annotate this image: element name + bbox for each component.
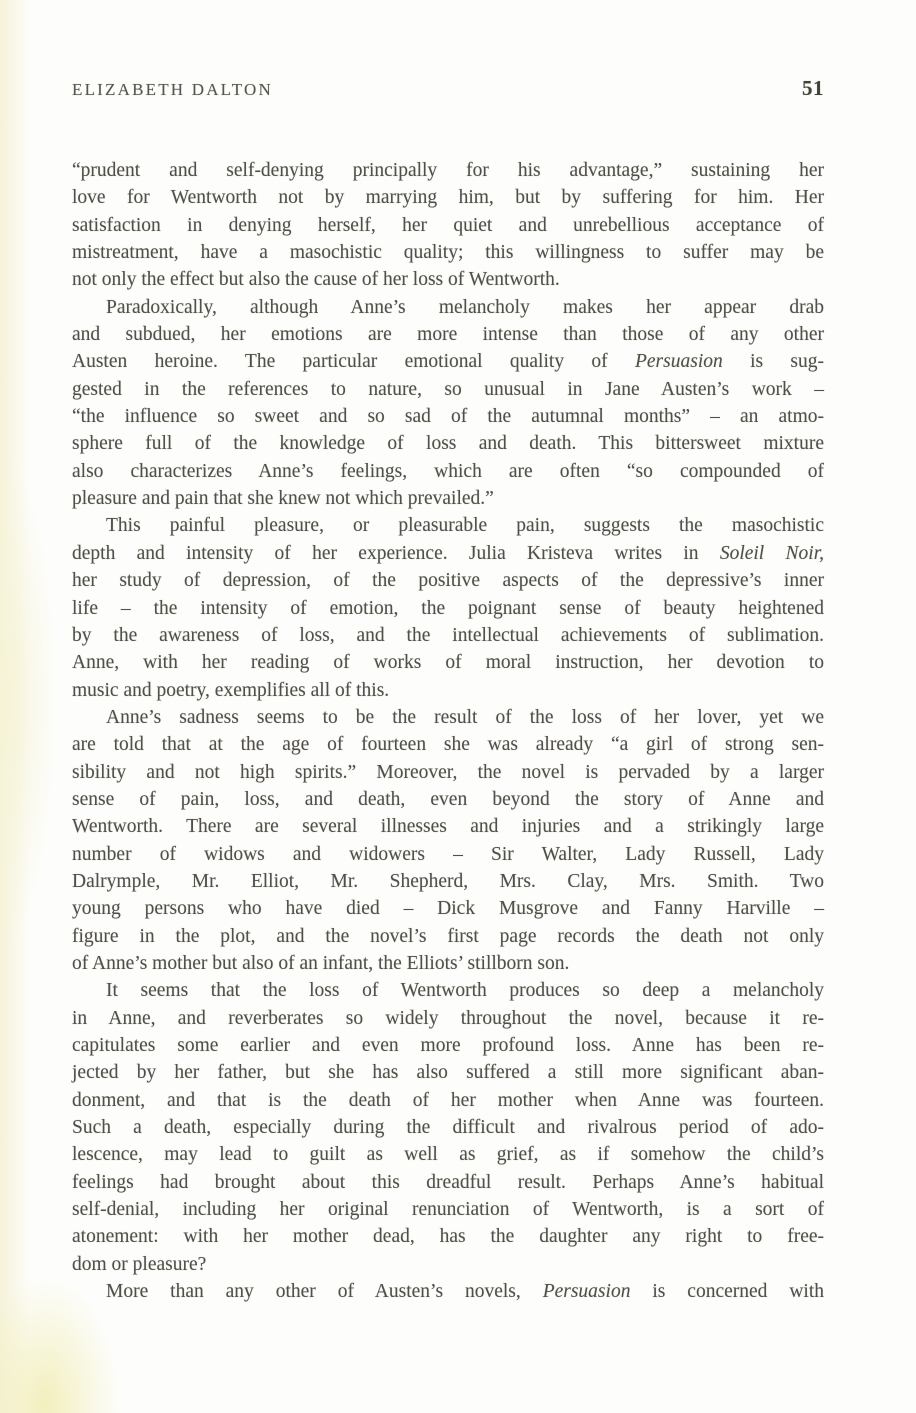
text-line: Dalrymple, Mr. Elliot, Mr. Shepherd, Mrs…: [72, 868, 824, 895]
text-line: More than any other of Austen’s novels, …: [72, 1278, 824, 1305]
text-line: love for Wentworth not by marrying him, …: [72, 184, 824, 211]
text-line: sibility and not high spirits.” Moreover…: [72, 759, 824, 786]
text-line: Such a death, especially during the diff…: [72, 1114, 824, 1141]
paragraph: Anne’s sadness seems to be the result of…: [72, 704, 824, 977]
text-line: donment, and that is the death of her mo…: [72, 1087, 824, 1114]
text-line: capitulates some earlier and even more p…: [72, 1032, 824, 1059]
text-line: are told that at the age of fourteen she…: [72, 731, 824, 758]
paragraph: More than any other of Austen’s novels, …: [72, 1278, 824, 1305]
text-line: It seems that the loss of Wentworth prod…: [72, 977, 824, 1004]
text-line: self-denial, including her original renu…: [72, 1196, 824, 1223]
paragraph: Paradoxically, although Anne’s melanchol…: [72, 294, 824, 513]
text-line: by the awareness of loss, and the intell…: [72, 622, 824, 649]
text-line: gested in the references to nature, so u…: [72, 376, 824, 403]
text-line: in Anne, and reverberates so widely thro…: [72, 1005, 824, 1032]
text-line: young persons who have died – Dick Musgr…: [72, 895, 824, 922]
text-line: This painful pleasure, or pleasurable pa…: [72, 512, 824, 539]
text-line: also characterizes Anne’s feelings, whic…: [72, 458, 824, 485]
text-line: dom or pleasure?: [72, 1251, 824, 1278]
text-line: Anne, with her reading of works of moral…: [72, 649, 824, 676]
page-header: ELIZABETH DALTON 51: [72, 76, 824, 101]
text-line: depth and intensity of her experience. J…: [72, 540, 824, 567]
text-line: Paradoxically, although Anne’s melanchol…: [72, 294, 824, 321]
text-line: lescence, may lead to guilt as well as g…: [72, 1141, 824, 1168]
text-line: her study of depression, of the positive…: [72, 567, 824, 594]
text-line: feelings had brought about this dreadful…: [72, 1169, 824, 1196]
text-line: satisfaction in denying herself, her qui…: [72, 212, 824, 239]
text-line: sense of pain, loss, and death, even bey…: [72, 786, 824, 813]
text-line: life – the intensity of emotion, the poi…: [72, 595, 824, 622]
text-line: “the influence so sweet and so sad of th…: [72, 403, 824, 430]
text-line: mistreatment, have a masochistic quality…: [72, 239, 824, 266]
text-line: and subdued, her emotions are more inten…: [72, 321, 824, 348]
running-head: ELIZABETH DALTON: [72, 80, 273, 100]
text-line: sphere full of the knowledge of loss and…: [72, 430, 824, 457]
text-line: number of widows and widowers – Sir Walt…: [72, 841, 824, 868]
text-line: Wentworth. There are several illnesses a…: [72, 813, 824, 840]
text-line: figure in the plot, and the novel’s firs…: [72, 923, 824, 950]
text-line: not only the effect but also the cause o…: [72, 266, 824, 293]
text-line: of Anne’s mother but also of an infant, …: [72, 950, 824, 977]
text-line: atonement: with her mother dead, has the…: [72, 1223, 824, 1250]
text-line: music and poetry, exemplifies all of thi…: [72, 677, 824, 704]
text-line: Austen heroine. The particular emotional…: [72, 348, 824, 375]
paragraph: It seems that the loss of Wentworth prod…: [72, 977, 824, 1278]
text-line: Anne’s sadness seems to be the result of…: [72, 704, 824, 731]
body-text: “prudent and self-denying principally fo…: [72, 157, 824, 1305]
paragraph: This painful pleasure, or pleasurable pa…: [72, 512, 824, 703]
page-number: 51: [802, 76, 824, 101]
paragraph: “prudent and self-denying principally fo…: [72, 157, 824, 294]
text-line: pleasure and pain that she knew not whic…: [72, 485, 824, 512]
text-line: “prudent and self-denying principally fo…: [72, 157, 824, 184]
book-page-scan: ELIZABETH DALTON 51 “prudent and self-de…: [0, 0, 916, 1413]
text-line: jected by her father, but she has also s…: [72, 1059, 824, 1086]
